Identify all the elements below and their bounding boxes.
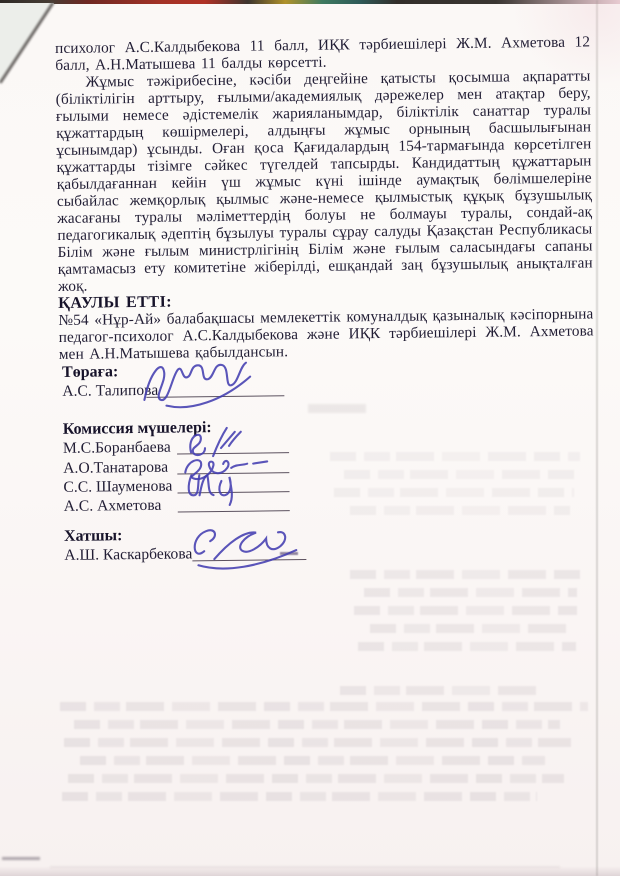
- scanner-edge-artifact: [2, 857, 40, 860]
- member-name: А.С. Ахметова: [64, 497, 162, 515]
- bleedthrough-text-ghost: [350, 570, 582, 660]
- bleedthrough-text-ghost: [60, 702, 588, 810]
- signature-line: [178, 510, 290, 512]
- signature-line: [177, 472, 289, 474]
- scanner-edge-artifact: [50, 866, 560, 868]
- signature-line: [178, 491, 290, 493]
- member-signature-row: А.С. Ахметова: [64, 495, 324, 517]
- member-name: М.С.Боранбаева: [63, 439, 171, 457]
- secretary-signature-ink: [188, 520, 307, 575]
- chair-name: А.С. Талипова: [62, 382, 158, 400]
- member-signature-row: М.С.Боранбаева: [63, 437, 323, 459]
- bleedthrough-text-ghost: [330, 452, 580, 524]
- signature-line: [192, 559, 306, 561]
- signature-line: [146, 395, 284, 398]
- chair-signature-row: А.С. Талипова: [62, 380, 322, 402]
- cut-corner-background: [0, 0, 60, 90]
- member-name: С.С. Шауменова: [63, 478, 172, 496]
- member-name: А.О.Танатарова: [63, 459, 168, 477]
- signature-line: [177, 452, 289, 454]
- body-paragraphs: психолог А.С.Калдыбекова 11 балл, ИҚК тә…: [55, 33, 594, 363]
- secretary-signature-row: А.Ш. Каскарбекова: [64, 543, 364, 566]
- scanned-document-page: психолог А.С.Калдыбекова 11 балл, ИҚК тә…: [0, 0, 620, 876]
- chair-label: Төраға:: [62, 363, 118, 382]
- commission-label: Комиссия мүшелері:: [63, 419, 212, 439]
- paragraph-experience: Жұмыс тәжірибесіне, кәсіби деңгейіне қат…: [55, 67, 593, 295]
- paragraph-resolution: №54 «Нұр-Ай» балабақшасы мемлекеттік ком…: [58, 305, 594, 363]
- secretary-name: А.Ш. Каскарбекова: [64, 545, 192, 564]
- page-fold-line: [596, 0, 598, 876]
- bleedthrough-text-ghost: [340, 686, 540, 704]
- secretary-label: Хатшы:: [64, 527, 123, 546]
- document-body: психолог А.С.Калдыбекова 11 балл, ИҚК тә…: [55, 33, 594, 363]
- bleedthrough-heading-ghost: [308, 404, 366, 413]
